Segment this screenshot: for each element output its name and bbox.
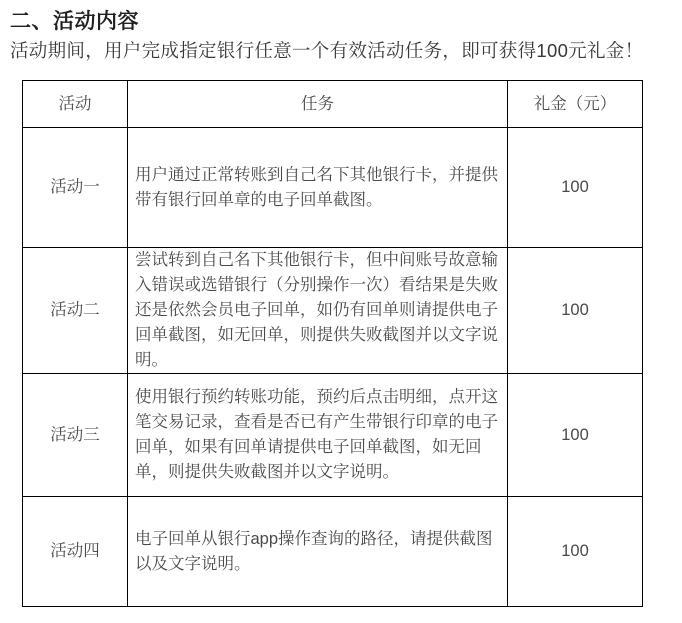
- column-header-activity: 活动: [23, 81, 128, 128]
- reward-cell: 100: [508, 248, 643, 374]
- task-cell: 用户通过正常转账到自己名下其他银行卡，并提供带有银行回单章的电子回单截图。: [128, 128, 508, 248]
- reward-cell: 100: [508, 128, 643, 248]
- task-cell: 使用银行预约转账功能，预约后点击明细，点开这笔交易记录，查看是否已有产生带银行印…: [128, 374, 508, 497]
- table-row: 活动二 尝试转到自己名下其他银行卡，但中间账号故意输入错误或选错银行（分别操作一…: [23, 248, 643, 374]
- column-header-reward: 礼金（元）: [508, 81, 643, 128]
- activity-cell: 活动二: [23, 248, 128, 374]
- task-cell: 电子回单从银行app操作查询的路径，请提供截图以及文字说明。: [128, 497, 508, 607]
- intro-text: 活动期间，用户完成指定银行任意一个有效活动任务，即可获得100元礼金！: [10, 38, 672, 64]
- task-cell: 尝试转到自己名下其他银行卡，但中间账号故意输入错误或选错银行（分别操作一次）看结…: [128, 248, 508, 374]
- reward-cell: 100: [508, 497, 643, 607]
- column-header-task: 任务: [128, 81, 508, 128]
- table-row: 活动三 使用银行预约转账功能，预约后点击明细，点开这笔交易记录，查看是否已有产生…: [23, 374, 643, 497]
- activity-cell: 活动三: [23, 374, 128, 497]
- activity-table: 活动 任务 礼金（元） 活动一 用户通过正常转账到自己名下其他银行卡，并提供带有…: [22, 80, 643, 607]
- activity-cell: 活动一: [23, 128, 128, 248]
- section-title: 二、活动内容: [10, 8, 672, 36]
- activity-cell: 活动四: [23, 497, 128, 607]
- reward-cell: 100: [508, 374, 643, 497]
- table-row: 活动四 电子回单从银行app操作查询的路径，请提供截图以及文字说明。 100: [23, 497, 643, 607]
- table-header-row: 活动 任务 礼金（元）: [23, 81, 643, 128]
- table-row: 活动一 用户通过正常转账到自己名下其他银行卡，并提供带有银行回单章的电子回单截图…: [23, 128, 643, 248]
